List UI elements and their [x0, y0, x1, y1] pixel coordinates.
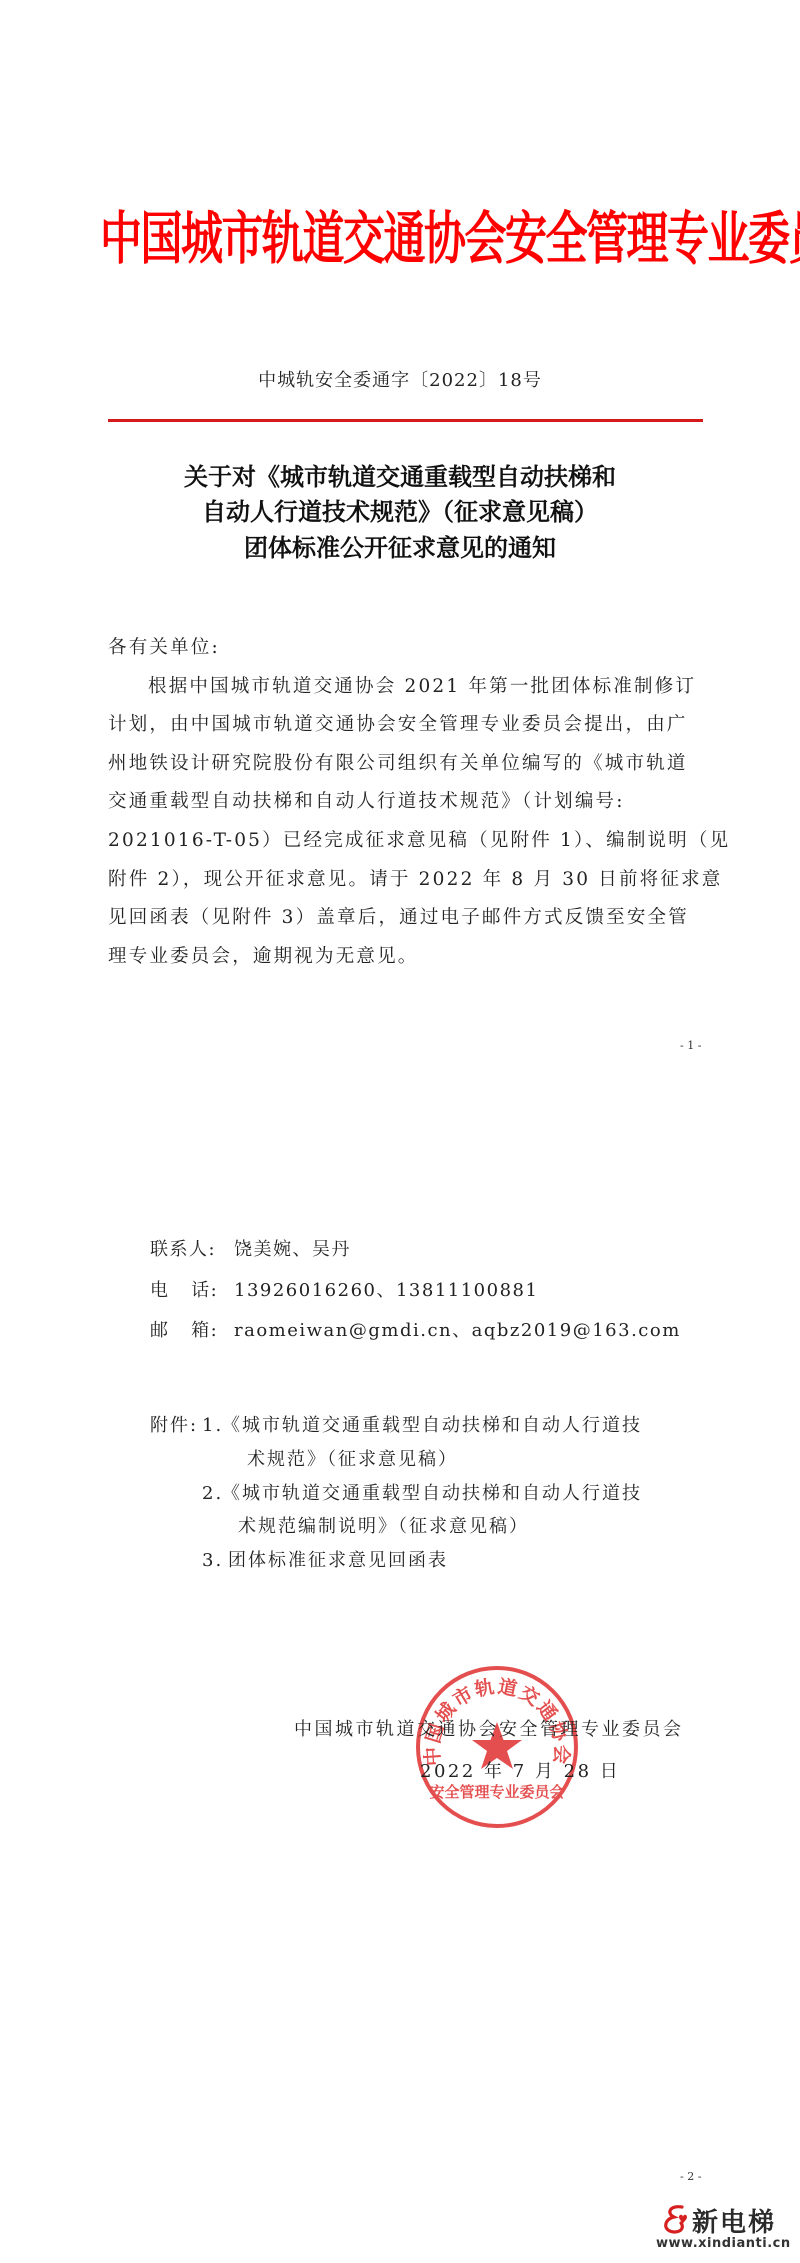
attachment-title: 团体标准征求意见回函表 [228, 1544, 448, 1578]
attachment-number: 3. [202, 1544, 223, 1578]
letterhead-divider [108, 419, 703, 422]
official-seal-stamp: 中国城市轨道交通协会 安全管理专业委员会 [414, 1664, 580, 1830]
attachment-title-continued: 术规范》（征求意见稿） [247, 1443, 458, 1477]
notice-body: 各有关单位: 根据中国城市轨道交通协会 2021 年第一批团体标准制修订 计划，… [108, 629, 704, 976]
contact-person-label: 联系人: [150, 1230, 234, 1271]
body-line: 附件 2），现公开征求意见。请于 2022 年 8 月 30 日前将征求意 [108, 861, 704, 900]
signature-organization: 中国城市轨道交通协会安全管理专业委员会 [294, 1715, 684, 1741]
attachment-title: 《城市轨道交通重载型自动扶梯和自动人行道技 [222, 1477, 642, 1511]
watermark-brand: 新电梯 [692, 2202, 776, 2239]
page-number-2: - 2 - [680, 2170, 701, 2183]
contact-email-label: 邮 箱: [150, 1311, 234, 1352]
contact-phone-row: 电 话:13926016260、13811100881 [150, 1271, 681, 1312]
body-line: 见回函表（见附件 3）盖章后，通过电子邮件方式反馈至安全管 [108, 899, 704, 938]
xindianti-logo-icon [660, 2203, 692, 2235]
contact-person-value: 饶美婉、吴丹 [234, 1239, 351, 1260]
attachment-title-continued: 术规范编制说明》（征求意见稿） [238, 1510, 529, 1544]
signature-date: 2022 年 7 月 28 日 [420, 1757, 620, 1783]
attachment-number: 2. [202, 1477, 223, 1511]
page-number-1: - 1 - [680, 1039, 701, 1052]
contact-block: 联系人:饶美婉、吴丹 电 话:13926016260、13811100881 邮… [150, 1230, 681, 1352]
notice-title-line-1: 关于对《城市轨道交通重载型自动扶梯和 [100, 459, 700, 495]
contact-person-row: 联系人:饶美婉、吴丹 [150, 1230, 681, 1271]
document-number: 中城轨安全委通字〔2022〕18号 [0, 366, 800, 392]
salutation: 各有关单位: [108, 629, 704, 668]
body-line: 2021016-T-05）已经完成征求意见稿（见附件 1）、编制说明（见 [108, 822, 704, 861]
contact-email-row: 邮 箱:raomeiwan@gmdi.cn、aqbz2019@163.com [150, 1311, 681, 1352]
attachment-number: 1. [202, 1409, 223, 1443]
body-line: 交通重载型自动扶梯和自动人行道技术规范》（计划编号: [108, 783, 704, 822]
body-line: 州地铁设计研究院股份有限公司组织有关单位编写的《城市轨道 [108, 745, 704, 784]
notice-title-line-2: 自动人行道技术规范》（征求意见稿） [100, 494, 700, 530]
contact-phone-value: 13926016260、13811100881 [234, 1280, 538, 1301]
contact-email-value[interactable]: raomeiwan@gmdi.cn、aqbz2019@163.com [234, 1320, 681, 1341]
attachment-title: 《城市轨道交通重载型自动扶梯和自动人行道技 [222, 1409, 642, 1443]
watermark-url: www.xindianti.cn [656, 2236, 791, 2251]
body-line: 根据中国城市轨道交通协会 2021 年第一批团体标准制修订 [108, 668, 704, 707]
seal-bottom-text: 安全管理专业委员会 [429, 1783, 564, 1801]
letterhead-organization: 中国城市轨道交通协会安全管理专业委员会 [100, 192, 710, 287]
contact-phone-label: 电 话: [150, 1271, 234, 1312]
attachments-label: 附件: [150, 1409, 198, 1443]
notice-title-line-3: 团体标准公开征求意见的通知 [100, 530, 700, 566]
body-line: 计划，由中国城市轨道交通协会安全管理专业委员会提出，由广 [108, 706, 704, 745]
body-line: 理专业委员会，逾期视为无意见。 [108, 938, 704, 977]
